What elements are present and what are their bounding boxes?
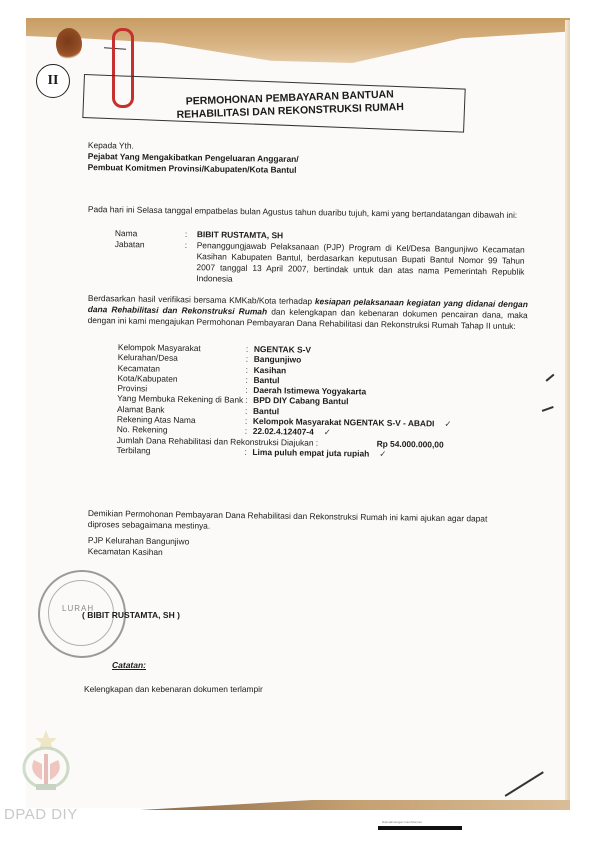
- note-label: Catatan:: [112, 660, 146, 670]
- in-words-label: Terbilang: [116, 445, 244, 457]
- signer-name: ( BIBIT RUSTAMTA, SH ): [82, 610, 180, 620]
- officer-block: Nama : BIBIT RUSTAMTA, SH Jabatan : Pena…: [114, 228, 525, 289]
- details-table: Kelompok Masyarakat:NGENTAK S-V Keluraha…: [116, 342, 478, 460]
- verification-paragraph: Berdasarkan hasil verifikasi bersama KMK…: [88, 293, 528, 332]
- detail-value: Bantul: [253, 406, 279, 417]
- separator: :: [246, 364, 254, 374]
- separator: :: [245, 375, 253, 385]
- amount-value: Rp 54.000.000,00: [377, 438, 444, 449]
- scanner-footer-text: Dipindai dengan CamScanner: [382, 820, 422, 824]
- officer-position-row: Jabatan : Penanggungjawab Pelaksanaan (P…: [114, 239, 525, 289]
- detail-value: Bantul: [253, 375, 279, 386]
- separator: :: [245, 416, 253, 426]
- officer-position-label: Jabatan: [114, 239, 185, 284]
- separator: :: [245, 385, 253, 395]
- detail-value: Bangunjiwo: [254, 354, 302, 365]
- separator: :: [246, 344, 254, 354]
- in-words-value: Lima puluh empat juta rupiah: [252, 447, 369, 459]
- signature-line-2: Kecamatan Kasihan: [88, 546, 190, 558]
- checkmark-icon: ✓: [444, 419, 451, 429]
- separator: :: [245, 426, 253, 436]
- watermark: DPAD DIY: [4, 806, 78, 823]
- separator: :: [246, 354, 254, 364]
- detail-value: NGENTAK S-V: [254, 344, 311, 355]
- addressee-block: Kepada Yth. Pejabat Yang Mengakibatkan P…: [88, 140, 299, 176]
- note-text: Kelengkapan dan kebenaran dokumen terlam…: [84, 684, 263, 694]
- separator: :: [185, 229, 197, 240]
- separator: :: [245, 395, 253, 405]
- scanner-footer-bar: [378, 826, 462, 830]
- separator: :: [245, 406, 253, 416]
- rust-stain: [56, 28, 82, 60]
- officer-position-value: Penanggungjawab Pelaksanaan (PJP) Progra…: [196, 240, 525, 289]
- detail-value: Kasihan: [254, 364, 287, 375]
- signature-block: PJP Kelurahan Bangunjiwo Kecamatan Kasih…: [88, 535, 190, 558]
- checkmark-icon: ✓: [379, 449, 386, 459]
- checkmark-icon: ✓: [324, 427, 331, 437]
- regional-emblem-icon: [20, 728, 72, 794]
- separator: :: [244, 447, 252, 457]
- separator: :: [184, 240, 197, 284]
- paper-right-edge: [565, 20, 570, 800]
- phase-badge: II: [36, 64, 70, 98]
